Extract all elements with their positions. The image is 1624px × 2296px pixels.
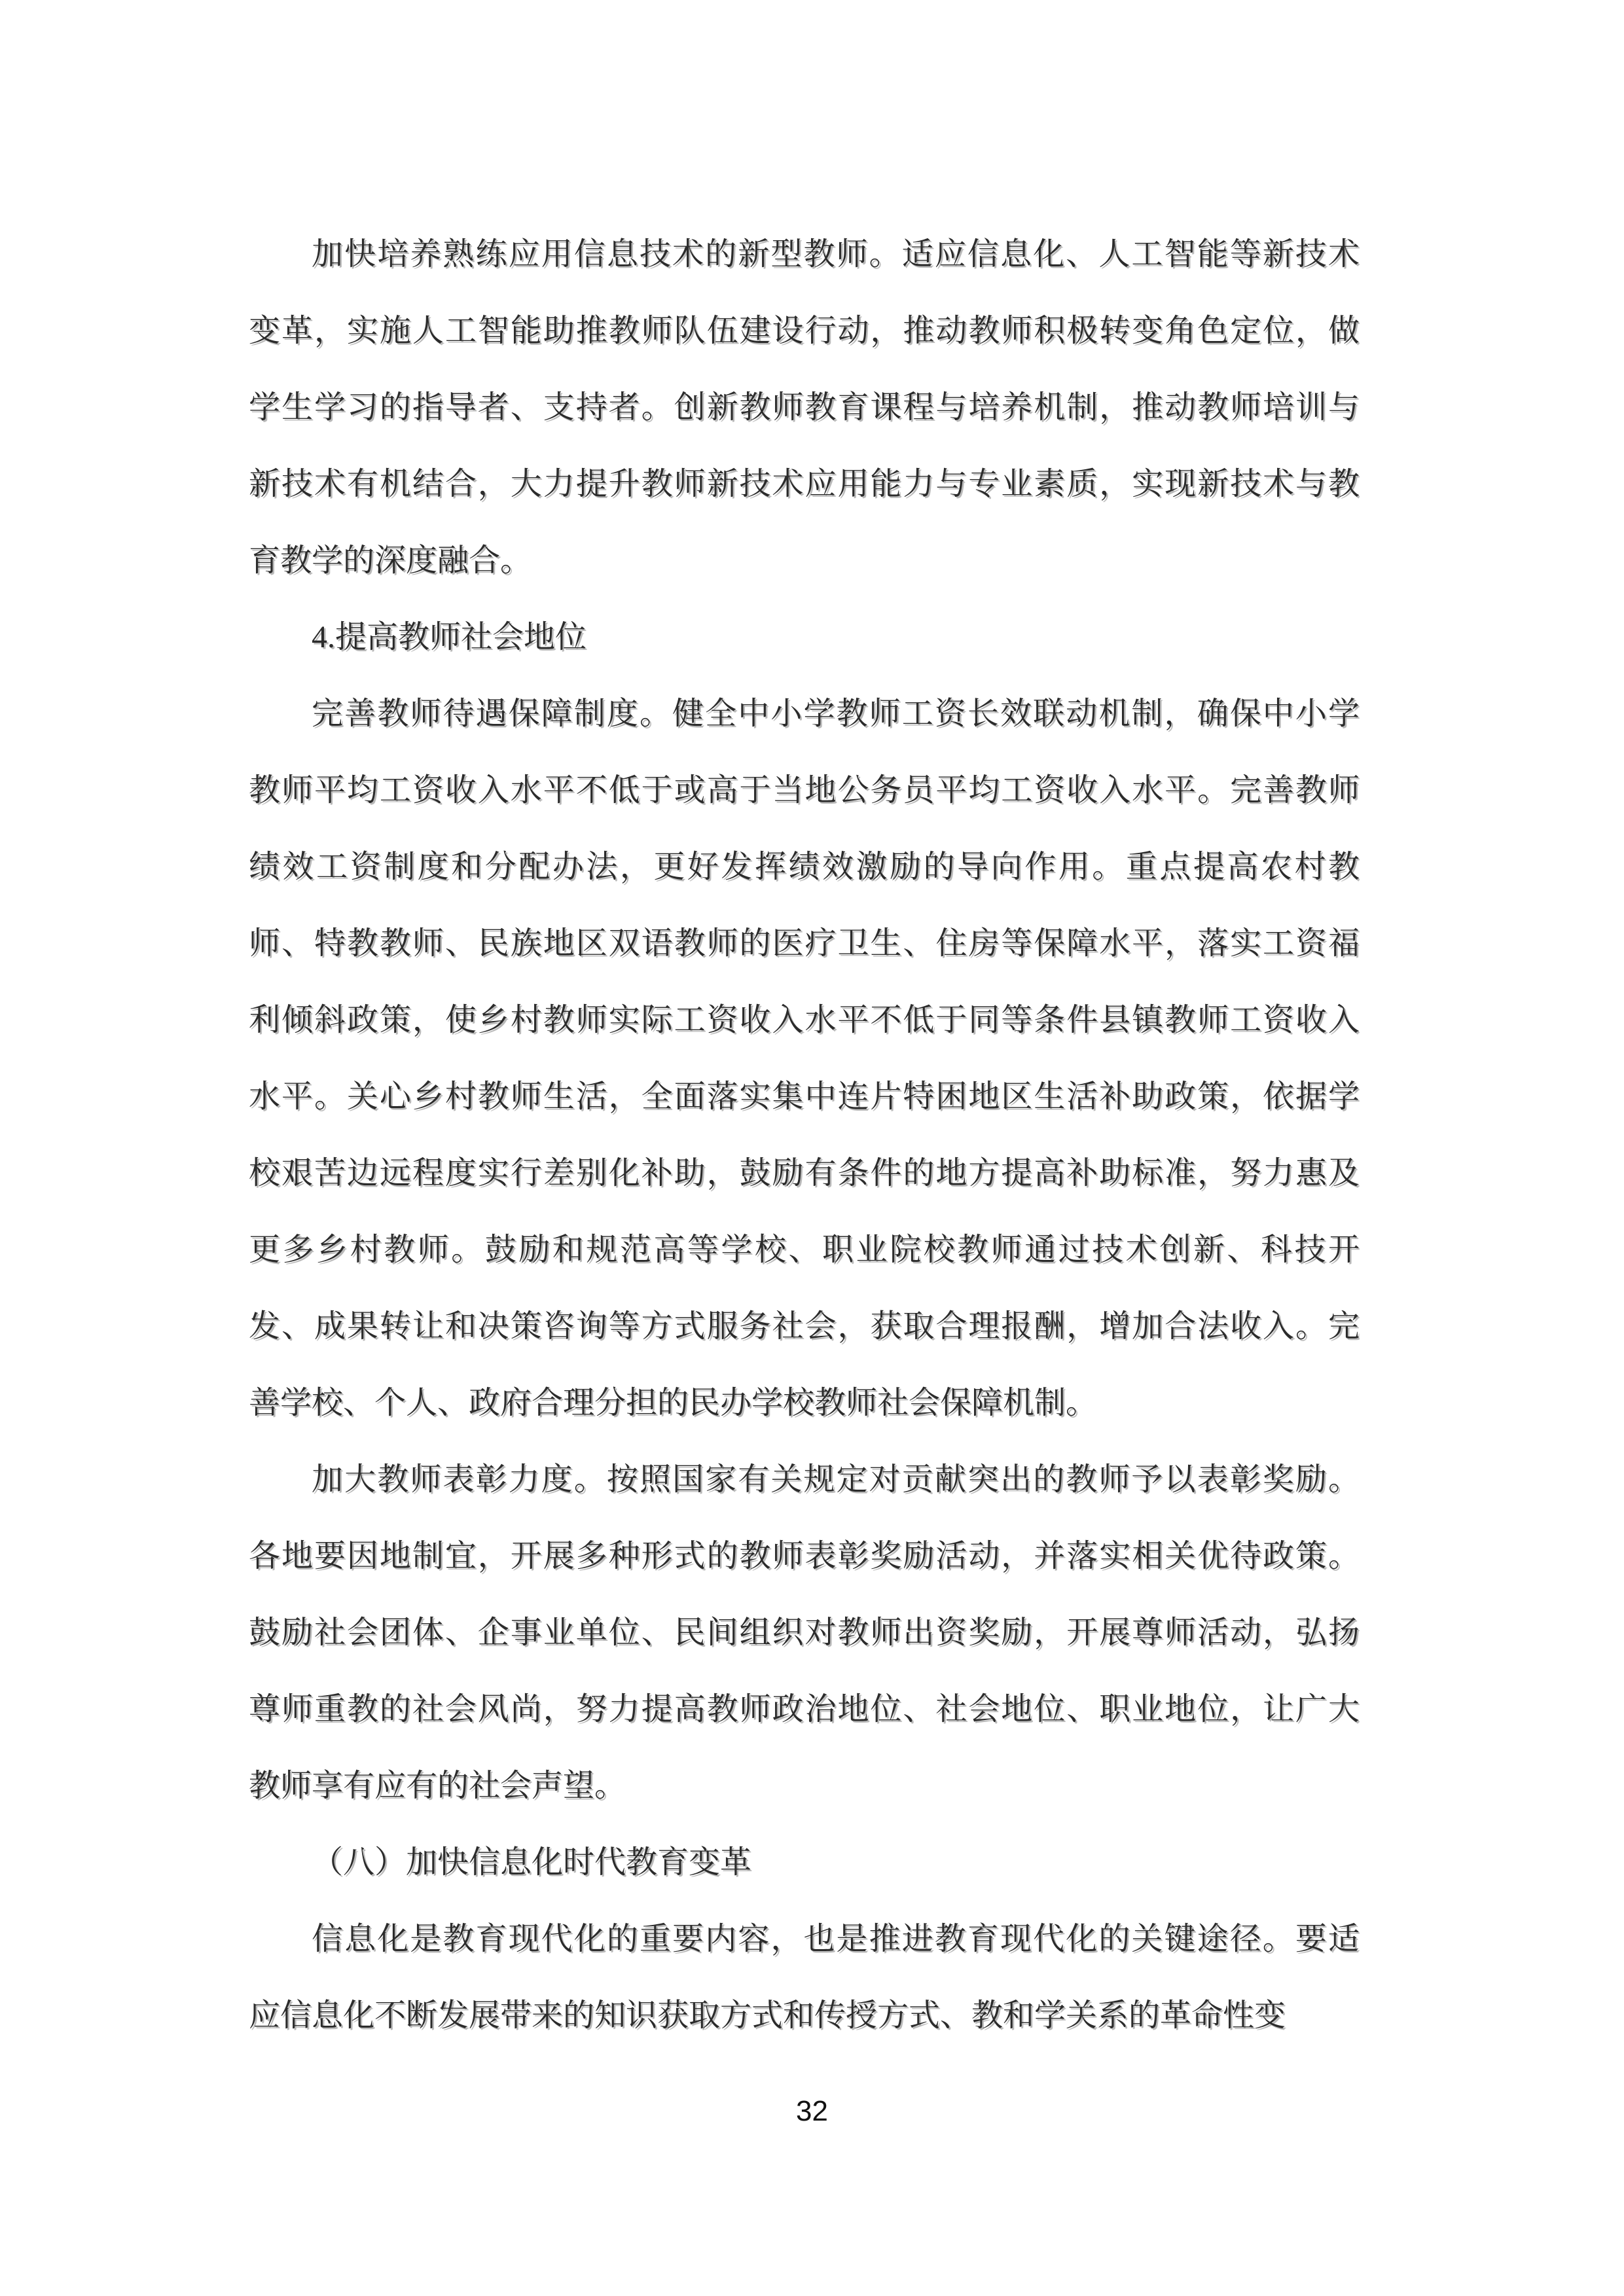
heading-line: 4.提高教师社会地位 — [249, 599, 1360, 675]
heading-block: 4.提高教师社会地位 — [249, 599, 1360, 675]
text-line: 善学校、个人、政府合理分担的民办学校教师社会保障机制。 — [249, 1365, 1360, 1441]
paragraph-block: 完善教师待遇保障制度。健全中小学教师工资长效联动机制，确保中小学教师平均工资收入… — [249, 675, 1360, 1441]
text-line: 信息化是教育现代化的重要内容，也是推进教育现代化的关键途径。要适 — [249, 1901, 1360, 1977]
text-line: 教师享有应有的社会声望。 — [249, 1748, 1360, 1824]
text-line: 学生学习的指导者、支持者。创新教师教育课程与培养机制，推动教师培训与 — [249, 369, 1360, 446]
heading-line: （八）加快信息化时代教育变革 — [249, 1824, 1360, 1901]
text-line: 完善教师待遇保障制度。健全中小学教师工资长效联动机制，确保中小学 — [249, 675, 1360, 752]
page-footer: 32 — [0, 2092, 1624, 2131]
text-line: 新技术有机结合，大力提升教师新技术应用能力与专业素质，实现新技术与教 — [249, 446, 1360, 522]
text-line: 应信息化不断发展带来的知识获取方式和传授方式、教和学关系的革命性变 — [249, 1977, 1360, 2054]
text-line: 加快培养熟练应用信息技术的新型教师。适应信息化、人工智能等新技术 — [249, 216, 1360, 293]
text-line: 校艰苦边远程度实行差别化补助，鼓励有条件的地方提高补助标准，努力惠及 — [249, 1135, 1360, 1211]
paragraph-block: 加大教师表彰力度。按照国家有关规定对贡献突出的教师予以表彰奖励。各地要因地制宜，… — [249, 1441, 1360, 1824]
text-line: 变革，实施人工智能助推教师队伍建设行动，推动教师积极转变角色定位，做 — [249, 293, 1360, 369]
text-line: 水平。关心乡村教师生活，全面落实集中连片特困地区生活补助政策，依据学 — [249, 1058, 1360, 1135]
document-body: 加快培养熟练应用信息技术的新型教师。适应信息化、人工智能等新技术变革，实施人工智… — [249, 216, 1360, 2054]
paragraph-block: 加快培养熟练应用信息技术的新型教师。适应信息化、人工智能等新技术变革，实施人工智… — [249, 216, 1360, 599]
text-line: 鼓励社会团体、企事业单位、民间组织对教师出资奖励，开展尊师活动，弘扬 — [249, 1594, 1360, 1671]
heading-block: （八）加快信息化时代教育变革 — [249, 1824, 1360, 1901]
paragraph-block: 信息化是教育现代化的重要内容，也是推进教育现代化的关键途径。要适应信息化不断发展… — [249, 1901, 1360, 2054]
text-line: 利倾斜政策，使乡村教师实际工资收入水平不低于同等条件县镇教师工资收入 — [249, 982, 1360, 1058]
text-line: 各地要因地制宜，开展多种形式的教师表彰奖励活动，并落实相关优待政策。 — [249, 1518, 1360, 1594]
page-number: 32 — [796, 2095, 828, 2127]
document-page: 加快培养熟练应用信息技术的新型教师。适应信息化、人工智能等新技术变革，实施人工智… — [0, 0, 1624, 2296]
text-line: 绩效工资制度和分配办法，更好发挥绩效激励的导向作用。重点提高农村教 — [249, 829, 1360, 905]
text-line: 育教学的深度融合。 — [249, 522, 1360, 599]
text-line: 更多乡村教师。鼓励和规范高等学校、职业院校教师通过技术创新、科技开 — [249, 1211, 1360, 1288]
text-line: 加大教师表彰力度。按照国家有关规定对贡献突出的教师予以表彰奖励。 — [249, 1441, 1360, 1518]
text-line: 发、成果转让和决策咨询等方式服务社会，获取合理报酬，增加合法收入。完 — [249, 1288, 1360, 1365]
text-line: 教师平均工资收入水平不低于或高于当地公务员平均工资收入水平。完善教师 — [249, 752, 1360, 829]
text-line: 师、特教教师、民族地区双语教师的医疗卫生、住房等保障水平，落实工资福 — [249, 905, 1360, 982]
text-line: 尊师重教的社会风尚，努力提高教师政治地位、社会地位、职业地位，让广大 — [249, 1671, 1360, 1748]
